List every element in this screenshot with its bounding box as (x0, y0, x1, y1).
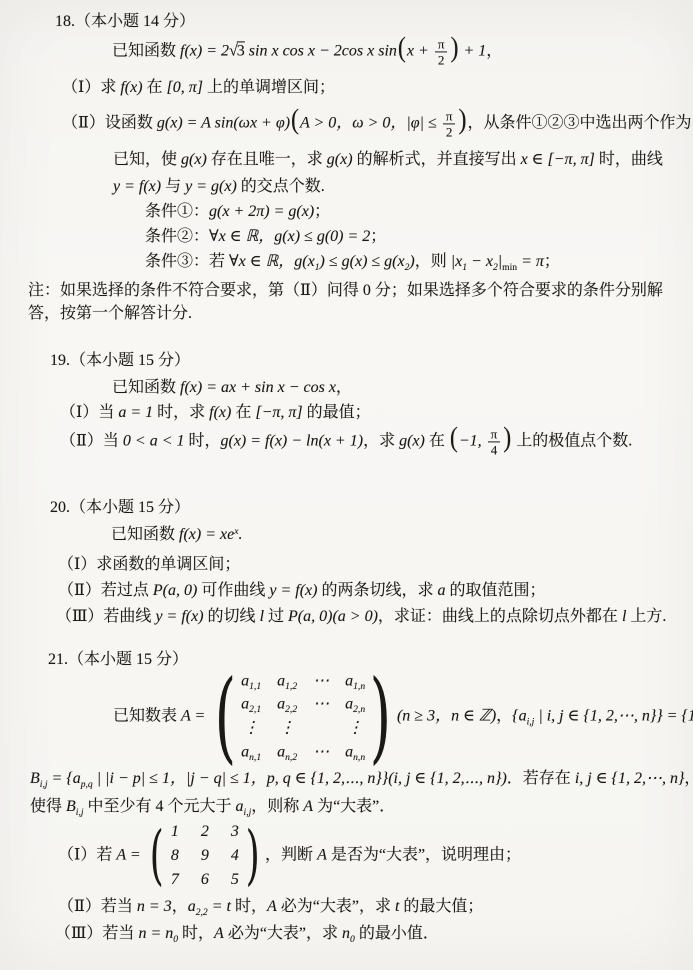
math-run: | |i − p| ≤ 1，|j − q| ≤ 1，p, q ∈ {1, 2,⋯… (93, 770, 507, 787)
math-run: 2 (201, 823, 209, 840)
fraction-numerator: π (435, 36, 448, 52)
text-run: 条件③：若 (145, 253, 229, 270)
text-run: 时，曲线 (595, 151, 663, 168)
text-run: ； (544, 253, 560, 270)
subscript: min (502, 262, 517, 273)
text-run: ， (486, 43, 502, 60)
text-run: 时，求 (153, 404, 209, 421)
matrix-cell: 7 (168, 869, 182, 890)
matrix-cell: ⋯ (313, 742, 329, 763)
big-paren: ) (450, 35, 458, 63)
math-run: sin x cos x − 2cos x sin (245, 43, 397, 60)
math-run: | i, j ∈ {1, 2,⋯, n}} = {1, 2,⋯, n (534, 708, 693, 725)
math-run: ⋯ (313, 696, 329, 713)
math-run: {a (512, 708, 526, 725)
fraction: π4 (488, 426, 501, 457)
text-run: （Ⅲ）若当 (55, 925, 138, 942)
math-run: A (303, 798, 313, 815)
matrix-cell: 6 (198, 869, 212, 890)
subscript: n,2 (285, 752, 297, 763)
math-run: a (277, 743, 285, 760)
matrix-cell (313, 718, 329, 739)
matrix: (123894765) (149, 822, 261, 890)
text-run: 上的极值点个数. (512, 433, 632, 450)
math-run: a (345, 672, 353, 689)
big-paren: ) (503, 425, 511, 453)
math-run: a (236, 798, 244, 815)
radicand: 3 (237, 43, 245, 60)
text-run: 的切线 (204, 608, 260, 625)
text-run: 的最小值． (355, 925, 439, 942)
math-run: n = 3 (137, 898, 172, 915)
text-run: 的两条切线，求 (317, 582, 437, 599)
math-run: ∀x ∈ ℝ，g(x (229, 253, 315, 270)
math-run: (n ≥ 3，n ∈ ℤ) (397, 708, 496, 725)
problem-20-part-ii: （Ⅱ）若过点 P(a, 0) 可作曲线 y = f(x) 的两条切线，求 a 的… (58, 581, 545, 602)
text-run: 在 (143, 79, 167, 96)
text-run: （Ⅰ）当 (60, 404, 118, 421)
problem-18-part-ii-line3: y = f(x) 与 y = g(x) 的交点个数. (113, 177, 325, 198)
math-run: a (241, 696, 249, 713)
math-run: ) ≤ g(x) ≤ g(x (320, 253, 405, 270)
math-run: x ∈ [−π, π] (521, 151, 595, 168)
fraction-denominator: 2 (443, 125, 456, 140)
math-run: P(a, 0)(a > 0) (288, 608, 378, 625)
text-run: 时， (184, 433, 220, 450)
math-run: f(x) = xe (179, 526, 234, 543)
math-run: f(x) = 2 (180, 43, 229, 60)
math-run: a = 1 (118, 404, 153, 421)
math-run: ⋯ (313, 743, 329, 760)
math-run: 4 (231, 847, 239, 864)
math-run: − x (467, 253, 493, 270)
subscript: 2,2 (285, 705, 297, 716)
matrix-cell: an,1 (241, 742, 261, 763)
text-run: 的最值； (303, 404, 371, 421)
math-run: a (241, 672, 249, 689)
problem-18-note-line1: 注：如果选择的条件不符合要求，第（Ⅱ）问得 0 分；如果选择多个符合要求的条件分… (28, 281, 663, 302)
problem-18-part-ii-line1: （Ⅱ）设函数 g(x) = A sin(ωx + φ)(A > 0，ω > 0，… (62, 108, 691, 139)
text-run: ； (314, 203, 330, 220)
math-run: [0, π] (167, 79, 203, 96)
matrix-cell: ⋮ (241, 718, 261, 739)
math-run: a (277, 672, 285, 689)
matrix-cell: ⋯ (313, 695, 329, 716)
exam-page: 18.（本小题 14 分） 已知函数 f(x) = 2√3 sin x cos … (0, 0, 693, 970)
text-run: 存在且唯一，求 (207, 151, 327, 168)
matrix-cell: ⋮ (345, 718, 365, 739)
text-run: ，求 (363, 433, 399, 450)
math-run: |x (451, 253, 463, 270)
matrix-grid: 123894765 (168, 822, 242, 890)
math-run: 9 (201, 847, 209, 864)
math-run: ⋯ (313, 672, 329, 689)
subscript: 1,1 (249, 681, 261, 692)
math-run: x + (407, 43, 433, 60)
math-run: −1, (459, 433, 486, 450)
problem-18-note-line2: 答，按第一个解答计分. (28, 304, 192, 325)
problem-20-title: 20.（本小题 15 分） (50, 498, 190, 519)
math-run: g(x + 2π) = g(x) (209, 203, 314, 220)
big-paren: ( (450, 425, 458, 453)
math-run: 5 (231, 870, 239, 887)
text-run: 的交点个数. (237, 178, 325, 195)
text-run: 已知函数 (112, 43, 180, 60)
math-run: a (277, 696, 285, 713)
matrix-cell: a2,1 (241, 695, 261, 716)
matrix-cell: a1,2 (277, 671, 297, 692)
math-run: = π (517, 253, 544, 270)
problem-18-condition-2: 条件②：∀x ∈ ℝ，g(x) ≤ g(0) = 2； (145, 227, 386, 248)
matrix-cell: a2,n (345, 695, 365, 716)
problem-21-bigtable-definition: 使得 Bi,j 中至少有 4 个元大于 ai,j，则称 A 为“大表”． (30, 797, 395, 818)
math-run: A > 0，ω > 0，|φ| ≤ (300, 115, 441, 132)
math-run: ⋮ (243, 719, 259, 736)
math-run: i, j ∈ {1, 2,⋯, n} (575, 770, 685, 787)
text-run: 已知数表 (113, 708, 181, 725)
text-run: 可作曲线 (197, 582, 269, 599)
subscript: n,1 (249, 752, 261, 763)
math-run: a (345, 743, 353, 760)
math-run: g(x) (181, 151, 207, 168)
sqrt-radical: √3 (229, 43, 245, 60)
problem-20-function: 已知函数 f(x) = xex. (111, 525, 242, 546)
problem-18-condition-3: 条件③：若 ∀x ∈ ℝ，g(x1) ≤ g(x) ≤ g(x2)，则 |x1 … (145, 252, 560, 273)
text-run: 上方. (626, 608, 666, 625)
text-run: 是否为“大表”，说明理由； (327, 847, 521, 864)
math-run: g(x) = f(x) − ln(x + 1) (221, 433, 364, 450)
fraction: π2 (443, 108, 456, 139)
text-run: 上的单调增区间； (203, 79, 335, 96)
matrix-cell: an,2 (277, 742, 297, 763)
math-run: A = (181, 708, 209, 725)
math-run: a (345, 696, 353, 713)
math-run: 1 (171, 823, 179, 840)
text-run: （Ⅱ）设函数 (62, 115, 157, 132)
subscript: 2,n (353, 705, 365, 716)
math-run: g(x) = A sin(ωx + φ) (157, 115, 290, 132)
matrix-cell: 5 (228, 869, 242, 890)
problem-19-title: 19.（本小题 15 分） (50, 351, 190, 372)
matrix-cell: 8 (168, 846, 182, 867)
math-run: ∀x ∈ ℝ，g(x) ≤ g(0) = 2 (209, 228, 370, 245)
text-run: 的最大值； (399, 898, 483, 915)
text-run: 的取值范围； (445, 582, 545, 599)
subscript: 1,2 (285, 681, 297, 692)
math-run: f(x) (209, 404, 231, 421)
math-run: y = f(x) (113, 178, 161, 195)
matrix-cell: a1,n (345, 671, 365, 692)
text-run: 在 (425, 433, 449, 450)
subscript: i,j (40, 779, 48, 790)
fraction-numerator: π (488, 426, 501, 442)
text-run: ，则称 (251, 798, 303, 815)
text-run: 中至少有 4 个元大于 (84, 798, 236, 815)
text-run: ， (684, 770, 693, 787)
text-run: ，判断 (265, 847, 317, 864)
text-run: 必为“大表”，求 (277, 898, 395, 915)
math-run: n (342, 925, 350, 942)
text-run: 已知，使 (113, 151, 181, 168)
matrix-cell: ⋮ (277, 718, 297, 739)
math-run: n = n (138, 925, 173, 942)
text-run: ， (336, 379, 352, 396)
math-run: 0 < a < 1 (123, 433, 185, 450)
math-run: g(x) (399, 433, 425, 450)
subscript: p,q (81, 779, 93, 790)
problem-20-part-i: （Ⅰ）求函数的单调区间； (58, 555, 240, 576)
matrix-cell: 9 (198, 846, 212, 867)
text-run: ，求证：曲线上的点除切点外都在 (378, 608, 622, 625)
text-run: （Ⅱ）若过点 (58, 582, 153, 599)
matrix-cell: 4 (228, 846, 242, 867)
math-run: A (317, 847, 327, 864)
matrix-cell: 3 (228, 822, 242, 843)
math-run: . (238, 526, 242, 543)
problem-19-part-i: （Ⅰ）当 a = 1 时，求 f(x) 在 [−π, π] 的最值； (60, 403, 371, 424)
subscript: n,n (353, 752, 365, 763)
fraction: π2 (435, 36, 448, 67)
math-run: A (267, 898, 277, 915)
problem-18-part-ii-line2: 已知，使 g(x) 存在且唯一，求 g(x) 的解析式，并直接写出 x ∈ [−… (113, 150, 663, 171)
matrix-paren: ) (370, 667, 391, 766)
text-run: 为“大表”． (313, 798, 395, 815)
math-run: ⋮ (279, 719, 295, 736)
text-run: 已知函数 (112, 379, 180, 396)
text-run: （Ⅲ）若曲线 (56, 608, 155, 625)
math-run: = {a (48, 770, 81, 787)
math-run: [−π, π] (255, 404, 302, 421)
math-run: g(x) (327, 151, 353, 168)
matrix-cell: an,n (345, 742, 365, 763)
text-run: （Ⅱ）若当 (58, 898, 137, 915)
problem-18-function: 已知函数 f(x) = 2√3 sin x cos x − 2cos x sin… (112, 36, 502, 67)
math-run: y = g(x) (185, 178, 237, 195)
text-run: ； (370, 228, 386, 245)
text-run: 时， (231, 898, 267, 915)
text-run: 在 (231, 404, 255, 421)
matrix-paren: ( (215, 667, 236, 766)
problem-19-part-ii: （Ⅱ）当 0 < a < 1 时，g(x) = f(x) − ln(x + 1)… (60, 426, 632, 457)
subscript: 2,2 (196, 907, 208, 918)
text-run: ， (496, 708, 512, 725)
math-run: A (214, 925, 224, 942)
text-run: 必为“大表”，求 (224, 925, 342, 942)
math-run: B (30, 770, 40, 787)
text-run: 条件②： (145, 228, 209, 245)
text-run: ，则 (415, 253, 451, 270)
subscript: i,j (76, 807, 84, 818)
text-run: ，从条件①②③中选出两个作为 (467, 115, 691, 132)
text-run: ， (172, 898, 188, 915)
math-run: A = (116, 847, 144, 864)
fraction-denominator: 4 (488, 443, 501, 458)
subscript: 1,n (353, 681, 365, 692)
problem-18-title: 18.（本小题 14 分） (55, 12, 195, 33)
matrix-paren: ( (150, 824, 164, 889)
text-run: 已知函数 (111, 526, 179, 543)
math-run: a (188, 898, 196, 915)
big-paren: ( (398, 35, 406, 63)
math-run: = t (208, 898, 231, 915)
text-run: ．若存在 (507, 770, 575, 787)
problem-21-part-ii: （Ⅱ）若当 n = 3，a2,2 = t 时，A 必为“大表”，求 t 的最大值… (58, 897, 483, 918)
problem-20-part-iii: （Ⅲ）若曲线 y = f(x) 的切线 l 过 P(a, 0)(a > 0)，求… (56, 607, 666, 628)
text-run: 时， (178, 925, 214, 942)
problem-19-function: 已知函数 f(x) = ax + sin x − cos x， (112, 378, 352, 399)
math-run: 6 (201, 870, 209, 887)
text-run: 使得 (30, 798, 66, 815)
math-run: a (241, 743, 249, 760)
math-run: B (66, 798, 76, 815)
subscript: 2,1 (249, 705, 261, 716)
matrix-cell: 1 (168, 822, 182, 843)
problem-18-part-i: （Ⅰ）求 f(x) 在 [0, π] 上的单调增区间； (62, 78, 335, 99)
math-run: 7 (171, 870, 179, 887)
matrix-cell: a2,2 (277, 695, 297, 716)
math-run: + 1 (459, 43, 486, 60)
text-run: 过 (264, 608, 288, 625)
math-run: f(x) (120, 79, 142, 96)
big-paren: ) (458, 107, 466, 135)
matrix-cell: 2 (198, 822, 212, 843)
math-run: 8 (171, 847, 179, 864)
big-paren: ( (291, 107, 299, 135)
math-run: y = f(x) (269, 582, 317, 599)
text-run: 的解析式，并直接写出 (353, 151, 521, 168)
fraction-denominator: 2 (435, 53, 448, 68)
matrix-cell: ⋯ (313, 671, 329, 692)
text-run: （Ⅱ）当 (60, 433, 123, 450)
fraction-numerator: π (443, 108, 456, 124)
matrix-grid: a1,1a1,2⋯a1,na2,1a2,2⋯a2,n⋮⋮⋮an,1an,2⋯an… (241, 671, 365, 763)
problem-21-part-iii: （Ⅲ）若当 n = n0 时，A 必为“大表”，求 n0 的最小值． (55, 924, 439, 945)
matrix: (a1,1a1,2⋯a1,na2,1a2,2⋯a2,n⋮⋮⋮an,1an,2⋯a… (213, 667, 393, 766)
problem-21-table-line: 已知数表 A = (a1,1a1,2⋯a1,na2,1a2,2⋯a2,n⋮⋮⋮a… (113, 667, 693, 766)
text-run: （Ⅰ）若 (58, 847, 116, 864)
matrix-cell: a1,1 (241, 671, 261, 692)
math-run: 3 (231, 823, 239, 840)
math-run: y = f(x) (155, 608, 203, 625)
matrix-paren: ) (246, 824, 260, 889)
problem-18-condition-1: 条件①：g(x + 2π) = g(x)； (145, 202, 330, 223)
text-run: 条件①： (145, 203, 209, 220)
math-run: P(a, 0) (153, 582, 197, 599)
text-run: （Ⅰ）求 (62, 79, 120, 96)
problem-21-part-i: （Ⅰ）若 A = (123894765)，判断 A 是否为“大表”，说明理由； (58, 822, 521, 890)
math-run: ⋮ (347, 719, 363, 736)
problem-21-b-definition: Bi,j = {ap,q | |i − p| ≤ 1，|j − q| ≤ 1，p… (30, 769, 693, 790)
text-run: 与 (161, 178, 185, 195)
math-run: f(x) = ax + sin x − cos x (180, 379, 336, 396)
